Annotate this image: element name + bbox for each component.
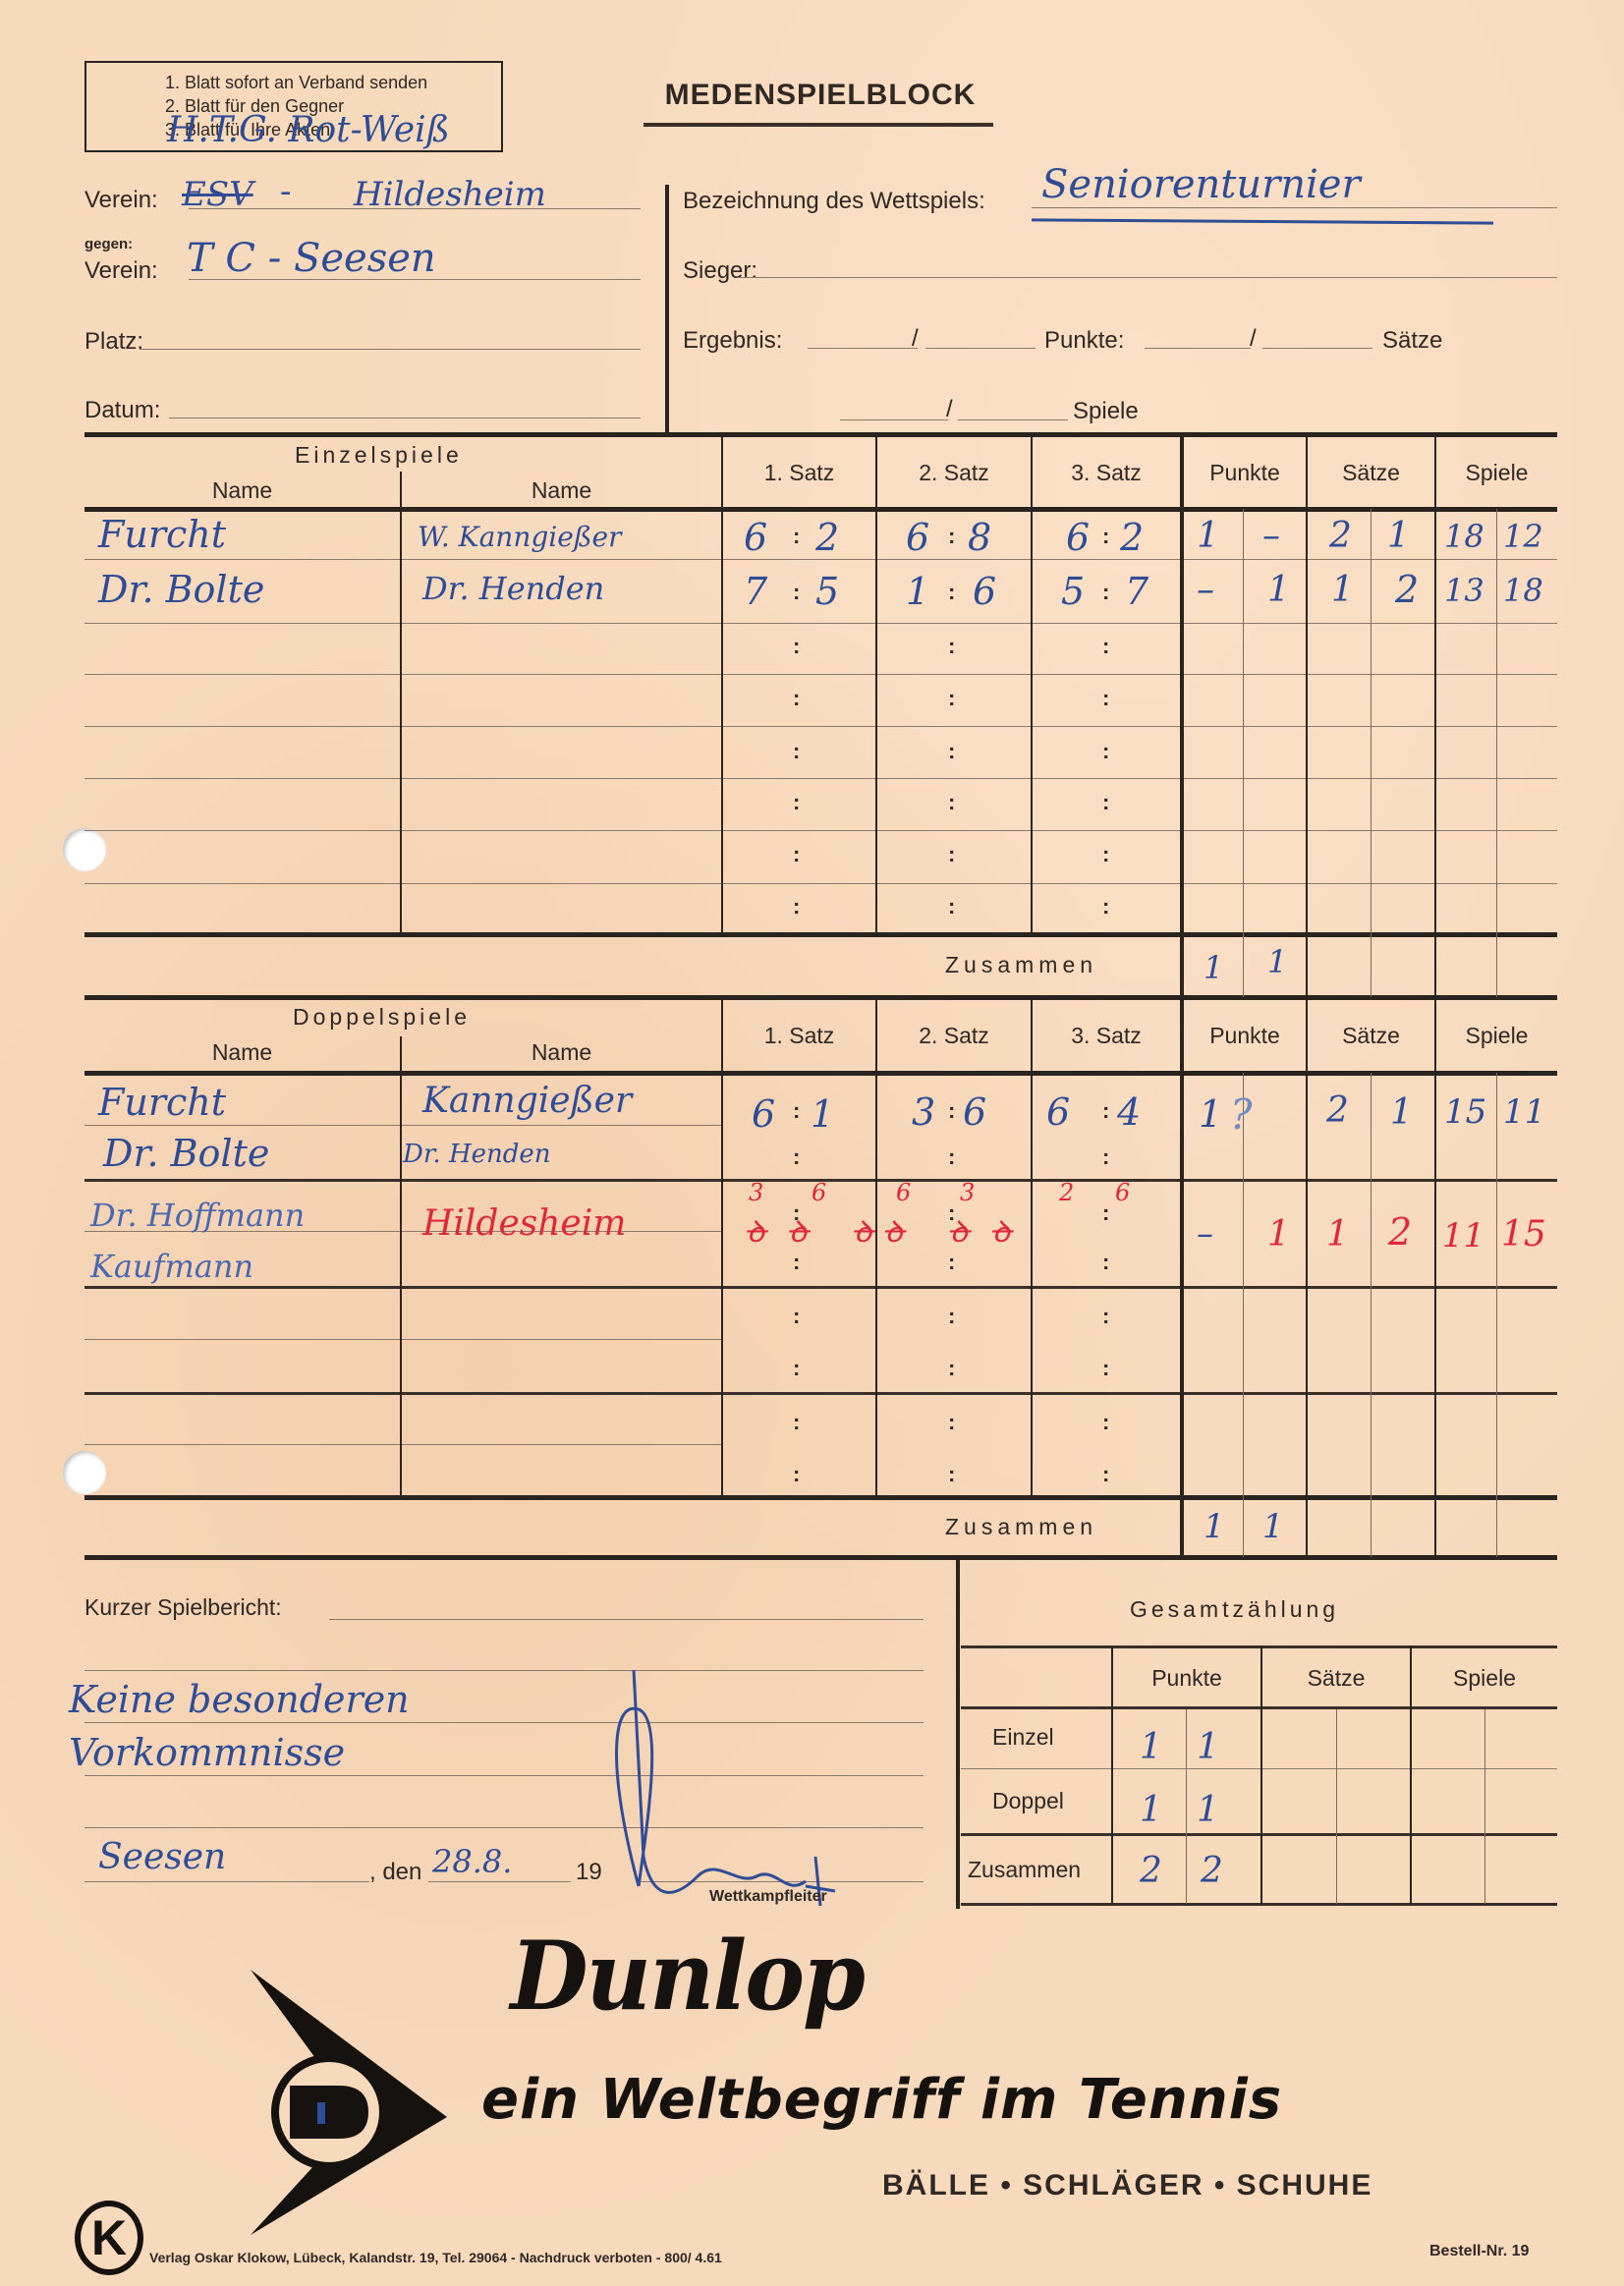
einzel-bottom-rule: [84, 932, 1557, 937]
einzel-row2-set1-b: 5: [815, 570, 839, 613]
spiele-slash: /: [946, 396, 953, 423]
gesamt-row-zusammen-label: Zusammen: [968, 1857, 1081, 1883]
title-underline: [644, 123, 993, 127]
doppel-row1-name1a: Furcht: [98, 1081, 226, 1124]
einzel-row2-saetze-b: 2: [1395, 568, 1419, 611]
doppel-header-name2: Name: [402, 1039, 721, 1066]
gesamt-col-divider: [1186, 1709, 1187, 1904]
einzel-header-punkte: Punkte: [1184, 460, 1306, 486]
doppel-row1-punkte-b: ?: [1230, 1090, 1253, 1139]
einzel-row1-saetze-b: 1: [1387, 516, 1410, 556]
einzel-row2-set1-a: 7: [744, 570, 767, 613]
doppel-header-saetze: Sätze: [1308, 1023, 1434, 1049]
doppel-row2-name1b: Kaufmann: [90, 1248, 253, 1285]
doppel-row2-spiele-a: 11: [1442, 1216, 1484, 1255]
binder-hole-bottom: [63, 1451, 106, 1494]
doppel-row-line: [84, 1125, 721, 1126]
doppel-row1-punkte-a: 1: [1199, 1092, 1222, 1136]
doppel-row1-set2-b: 6: [963, 1090, 986, 1134]
doppel-pair-rule: [84, 1392, 1557, 1395]
doppel-header-rule: [84, 1071, 1557, 1076]
doppel-row1-set3-b: 4: [1117, 1090, 1141, 1134]
einzel-top-rule: [84, 432, 1557, 437]
gesamt-einzel-punkte-a: 1: [1140, 1727, 1162, 1767]
page-title: MEDENSPIELBLOCK: [644, 79, 997, 112]
einzel-row1-punkte-b: –: [1262, 516, 1280, 556]
einzel-row2-saetze-a: 1: [1331, 570, 1354, 610]
gesamt-zusammen-punkte-b: 2: [1201, 1851, 1223, 1891]
doppel-pair-rule: [84, 1286, 1557, 1289]
gesamt-header-spiele: Spiele: [1412, 1665, 1557, 1692]
verein-value-top: H.T.G. Rot-Weiß: [167, 110, 450, 150]
einzel-header-name1: Name: [84, 477, 400, 504]
einzel-col-divider: [1180, 434, 1184, 997]
bezeichnung-label: Bezeichnung des Wettspiels:: [683, 188, 985, 215]
doppel-row2-punkte-a: –: [1197, 1214, 1213, 1254]
gesamt-col-divider: [1336, 1709, 1337, 1904]
doppel-row2-punkte-b: 1: [1267, 1214, 1290, 1255]
gesamt-doppel-punkte-a: 1: [1140, 1790, 1162, 1830]
einzel-row2-set2-a: 1: [906, 570, 929, 613]
einzel-col-divider: [1031, 434, 1033, 934]
einzel-col-divider: [875, 434, 877, 934]
sieger-line: [737, 277, 1557, 278]
einzel-row2-set3-a: 5: [1061, 570, 1085, 613]
report-place: Seesen: [98, 1837, 226, 1877]
dunlop-arrow-logo-icon: [241, 1970, 467, 2235]
einzel-header-set1: 1. Satz: [723, 460, 875, 486]
einzel-zusammen-rule: [84, 995, 1557, 1000]
gesamt-einzel-punkte-b: 1: [1197, 1727, 1219, 1767]
einzel-row1-spiele-b: 12: [1503, 518, 1543, 555]
binder-hole-top: [63, 828, 106, 871]
doppel-col-divider: [1243, 1073, 1244, 1557]
einzel-header-rule: [84, 507, 1557, 512]
doppel-bottom-rule: [84, 1495, 1557, 1500]
einzel-row-line: [84, 559, 1557, 560]
einzel-row2-name1: Dr. Bolte: [98, 568, 264, 611]
doppel-row2-saetze-b: 2: [1388, 1210, 1412, 1254]
einzel-row-line: [84, 623, 1557, 624]
gegner-line: [189, 279, 641, 280]
doppel-col-divider: [1306, 997, 1308, 1557]
punkte-label: Punkte:: [1044, 327, 1124, 355]
einzel-row1-punkte-a: 1: [1197, 516, 1219, 556]
header-divider: [665, 185, 669, 434]
doppel-row2-set2-b: 3: [960, 1179, 975, 1206]
ergebnis-line-b: [925, 348, 1036, 349]
doppel-row2-name2a: Hildesheim: [422, 1203, 626, 1244]
gegner-verein-label: Verein:: [84, 257, 158, 285]
einzel-header-saetze: Sätze: [1308, 460, 1434, 486]
einzel-section-title: Einzelspiele: [295, 442, 463, 469]
einzel-row1-set1-a: 6: [744, 516, 767, 559]
einzel-col-divider: [721, 434, 723, 934]
doppel-row2-set1-b: 6: [812, 1179, 826, 1206]
punkte-line-a: [1145, 348, 1251, 349]
spiele-line-b: [958, 419, 1068, 420]
ergebnis-label: Ergebnis:: [683, 327, 782, 355]
doppel-row2-saetze-a: 1: [1326, 1214, 1349, 1255]
gesamt-header-punkte: Punkte: [1113, 1665, 1260, 1692]
gesamt-doppel-punkte-b: 1: [1197, 1790, 1219, 1830]
einzel-row1-name1: Furcht: [98, 513, 226, 556]
einzel-row2-spiele-a: 13: [1444, 572, 1484, 609]
einzel-row1-name2: W. Kanngießer: [418, 521, 621, 553]
doppel-header-punkte: Punkte: [1184, 1023, 1306, 1049]
report-label: Kurzer Spielbericht:: [84, 1594, 282, 1621]
gegen-label: gegen:: [84, 236, 133, 252]
verein-label: Verein:: [84, 187, 158, 214]
punkte-slash: /: [1250, 325, 1257, 353]
report-line: [329, 1619, 924, 1620]
publisher-logo-icon: K: [75, 2201, 143, 2275]
gesamt-left-border: [956, 1560, 960, 1909]
doppel-zusammen-punkte-b: 1: [1262, 1507, 1284, 1546]
doppel-col-divider: [1434, 997, 1436, 1557]
gesamt-header-top: [961, 1645, 1557, 1648]
doppel-row2-set1-a: 3: [749, 1179, 763, 1206]
report-text-line1: Keine besonderen: [69, 1678, 410, 1721]
doppel-row-line: [84, 1444, 721, 1445]
einzel-header-set3: 3. Satz: [1033, 460, 1180, 486]
doppel-col-divider: [1496, 1073, 1497, 1557]
einzel-row-line: [84, 674, 1557, 675]
doppel-row1-spiele-b: 11: [1503, 1092, 1545, 1132]
doppel-row2-set2-a: 6: [896, 1179, 911, 1206]
spiele-label: Spiele: [1073, 398, 1139, 425]
einzel-row2-set2-b: 6: [973, 570, 996, 613]
gesamt-zusammen-rule: [961, 1833, 1557, 1836]
doppel-col-divider: [1371, 1073, 1372, 1557]
saetze-label: Sätze: [1382, 327, 1442, 355]
einzel-row1-saetze-a: 2: [1329, 516, 1352, 556]
doppel-zusammen-rule: [84, 1555, 1557, 1560]
doppel-row1-saetze-b: 1: [1390, 1092, 1413, 1133]
doppel-zusammen-label: Zusammen: [945, 1514, 1097, 1540]
dunlop-brand: Dunlop: [510, 1921, 864, 2032]
gesamt-row-einzel-label: Einzel: [992, 1724, 1054, 1751]
place-line: [84, 1881, 369, 1882]
doppel-row1-spiele-a: 15: [1444, 1092, 1486, 1132]
spiele-line-a: [840, 419, 948, 420]
instruction-1: 1. Blatt sofort an Verband senden: [165, 71, 501, 94]
einzel-row-line: [84, 883, 1557, 884]
order-number: Bestell-Nr. 19: [1429, 2243, 1529, 2260]
datum-label: Datum:: [84, 397, 160, 424]
einzel-row1-set2-a: 6: [906, 516, 929, 559]
doppel-row1-set2-a: 3: [912, 1090, 935, 1134]
einzel-row1-set3-a: 6: [1066, 516, 1090, 559]
doppel-row1-set1-b: 1: [811, 1092, 834, 1136]
einzel-row1-set3-b: 2: [1120, 516, 1144, 559]
report-text-line2: Vorkommnisse: [69, 1731, 345, 1774]
einzel-col-divider: [1434, 434, 1436, 997]
bezeichnung-value: Seniorenturnier: [1041, 162, 1361, 207]
gegner-verein-value: T C - Seesen: [187, 236, 436, 281]
einzel-header-spiele: Spiele: [1436, 460, 1557, 486]
sieger-label: Sieger:: [683, 257, 757, 285]
einzel-col-divider: [1371, 509, 1372, 997]
publisher-info: Verlag Oskar Klokow, Lübeck, Kalandstr. …: [149, 2250, 722, 2265]
doppel-header-set2: 2. Satz: [877, 1023, 1031, 1049]
doppel-row1-set3-a: 6: [1046, 1090, 1070, 1134]
report-den-label: , den: [369, 1859, 421, 1886]
doppel-row1-saetze-a: 2: [1326, 1090, 1349, 1131]
einzel-row2-spiele-b: 18: [1503, 572, 1543, 609]
doppel-row2-set3-b: 6: [1115, 1179, 1130, 1206]
doppel-zusammen-punkte-a: 1: [1204, 1507, 1225, 1546]
signer-label: Wettkampfleiter: [709, 1888, 827, 1906]
einzel-col-divider: [400, 472, 402, 934]
einzel-row2-punkte-a: –: [1197, 570, 1214, 610]
gesamt-title: Gesamtzählung: [1130, 1596, 1339, 1623]
punkte-line-b: [1262, 348, 1372, 349]
gesamt-header-bottom: [961, 1706, 1557, 1709]
doppel-row-line: [84, 1339, 721, 1340]
doppel-row1-set1-a: 6: [752, 1092, 775, 1136]
doppel-row1-name2a: Kanngießer: [422, 1081, 632, 1121]
doppel-header-name1: Name: [84, 1039, 400, 1066]
doppel-row2-set3-a: 2: [1059, 1179, 1074, 1206]
einzel-zusammen-punkte-a: 1: [1204, 949, 1223, 986]
signature-scribble: [570, 1660, 884, 1916]
platz-label: Platz:: [84, 328, 143, 356]
doppel-header-spiele: Spiele: [1436, 1023, 1557, 1049]
bezeichnung-line: [1032, 207, 1557, 208]
einzel-header-name2: Name: [402, 477, 721, 504]
einzel-zusammen-punkte-b: 1: [1267, 943, 1287, 980]
date-line: [428, 1881, 571, 1882]
einzel-row1-set1-b: 2: [815, 516, 839, 559]
platz-line: [140, 349, 641, 350]
gesamt-header-saetze: Sätze: [1262, 1665, 1410, 1692]
report-date: 28.8.: [432, 1843, 512, 1880]
gesamt-zusammen-punkte-a: 2: [1140, 1851, 1162, 1891]
gesamt-row-doppel-label: Doppel: [992, 1788, 1064, 1814]
einzel-col-divider: [1306, 434, 1308, 997]
doppel-col-divider: [1180, 997, 1184, 1557]
gesamt-col-divider: [1484, 1709, 1485, 1904]
publisher-logo-letter: K: [91, 2210, 127, 2265]
ergebnis-line-a: [808, 348, 918, 349]
doppel-row1-name1b: Dr. Bolte: [103, 1132, 269, 1175]
doppel-header-set1: 1. Satz: [723, 1023, 875, 1049]
doppel-row1-name2b: Dr. Henden: [403, 1140, 551, 1169]
einzel-row2-punkte-b: 1: [1267, 570, 1290, 610]
dunlop-tagline: ein Weltbegriff im Tennis: [481, 2068, 1282, 2132]
einzel-zusammen-label: Zusammen: [945, 952, 1097, 978]
doppel-col-divider: [721, 997, 723, 1497]
einzel-col-divider: [1243, 509, 1244, 997]
einzel-header-set2: 2. Satz: [877, 460, 1031, 486]
verein-line: [189, 208, 641, 209]
doppel-col-divider: [400, 1036, 402, 1497]
doppel-row2-spiele-b: 15: [1501, 1214, 1546, 1255]
gesamt-bottom-rule: [961, 1903, 1557, 1906]
ergebnis-slash: /: [912, 325, 919, 353]
gesamt-row-line: [961, 1768, 1557, 1769]
einzel-row1-set2-b: 8: [968, 516, 991, 559]
doppel-col-divider: [1031, 997, 1033, 1497]
verein-dash: -: [280, 172, 292, 211]
einzel-row2-name2: Dr. Henden: [422, 570, 604, 607]
einzel-row-line: [84, 726, 1557, 727]
einzel-row-line: [84, 778, 1557, 779]
einzel-row-line: [84, 830, 1557, 831]
doppel-row2-name1a: Dr. Hoffmann: [90, 1197, 305, 1234]
einzel-row1-spiele-a: 18: [1444, 518, 1484, 555]
einzel-row2-set3-b: 7: [1125, 570, 1148, 613]
datum-line: [169, 418, 641, 418]
einzel-col-divider: [1496, 509, 1497, 997]
doppel-section-title: Doppelspiele: [293, 1004, 471, 1031]
doppel-header-set3: 3. Satz: [1033, 1023, 1180, 1049]
doppel-row2-set-scribbles: ꝺ̶ ꝺ̶ ꝺ̶ ꝺ̶ ꝺ̶ ꝺ̶: [747, 1210, 1012, 1251]
dunlop-products: BÄLLE • SCHLÄGER • SCHUHE: [882, 2169, 1372, 2202]
